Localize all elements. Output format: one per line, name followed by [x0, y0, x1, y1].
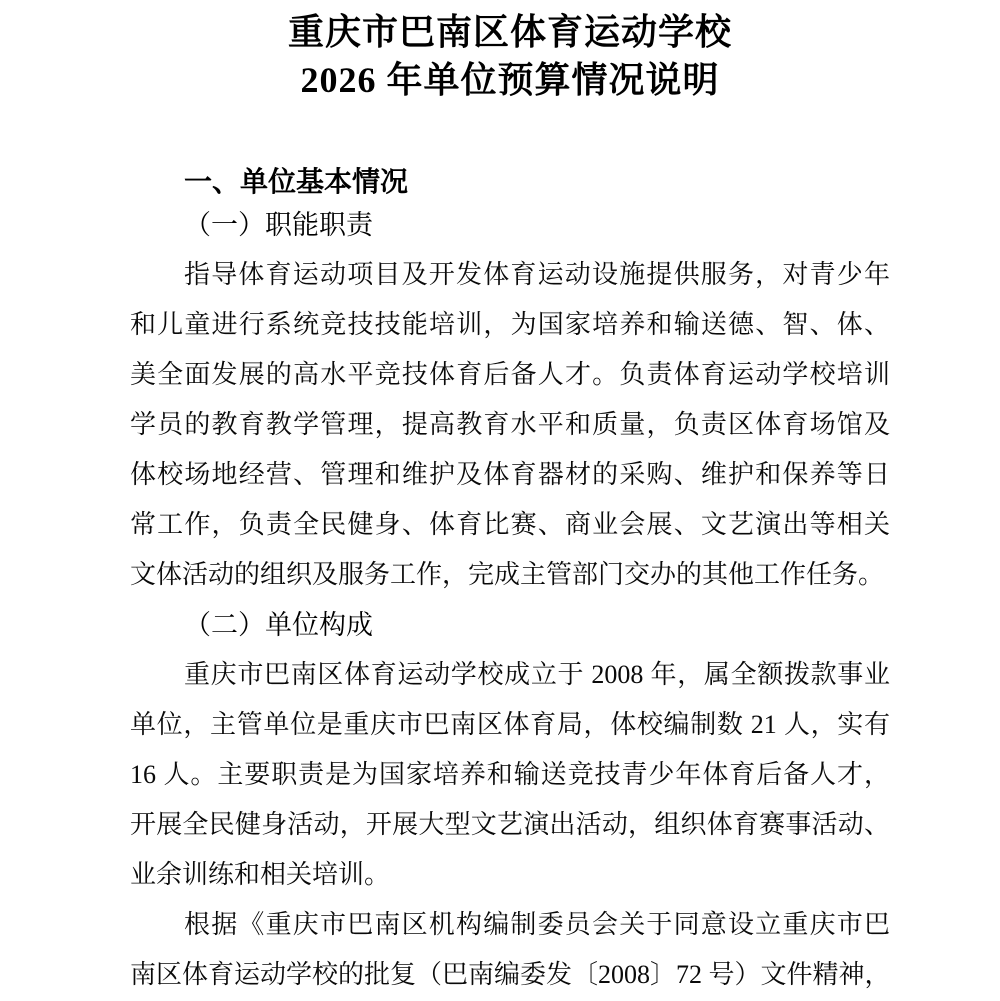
text-line: 指导体育运动项目及开发体育运动设施提供服务，对青少年 — [130, 250, 890, 300]
document-title-line-1: 重庆市巴南区体育运动学校 — [130, 8, 890, 56]
section-heading-1: 一、单位基本情况 — [130, 164, 890, 200]
paragraph-composition: 重庆市巴南区体育运动学校成立于 2008 年，属全额拨款事业 单位，主管单位是重… — [130, 650, 890, 900]
text-line: 和儿童进行系统竞技技能培训，为国家培养和输送德、智、体、 — [130, 300, 890, 350]
text-line: 南区体育运动学校的批复（巴南编委发〔2008〕72 号）文件精神， — [130, 950, 890, 1000]
text-line: 业余训练和相关培训。 — [130, 850, 890, 900]
paragraph-establishment: 根据《重庆市巴南区机构编制委员会关于同意设立重庆市巴 南区体育运动学校的批复（巴… — [130, 900, 890, 1000]
text-line: 16 人。主要职责是为国家培养和输送竞技青少年体育后备人才， — [130, 750, 890, 800]
subsection-heading-1: （一）职能职责 — [130, 200, 890, 250]
document-title: 重庆市巴南区体育运动学校 2026 年单位预算情况说明 — [130, 8, 890, 104]
text-line: 开展全民健身活动，开展大型文艺演出活动，组织体育赛事活动、 — [130, 800, 890, 850]
text-line: 学员的教育教学管理，提高教育水平和质量，负责区体育场馆及 — [130, 400, 890, 450]
subsection-heading-2: （二）单位构成 — [130, 600, 890, 650]
text-line: 根据《重庆市巴南区机构编制委员会关于同意设立重庆市巴 — [130, 900, 890, 950]
text-line: 单位，主管单位是重庆市巴南区体育局，体校编制数 21 人，实有 — [130, 700, 890, 750]
text-line: 美全面发展的高水平竞技体育后备人才。负责体育运动学校培训 — [130, 350, 890, 400]
text-line: 文体活动的组织及服务工作，完成主管部门交办的其他工作任务。 — [130, 550, 890, 600]
paragraph-functions: 指导体育运动项目及开发体育运动设施提供服务，对青少年 和儿童进行系统竞技技能培训… — [130, 250, 890, 600]
text-line: 常工作，负责全民健身、体育比赛、商业会展、文艺演出等相关 — [130, 500, 890, 550]
document-title-line-2: 2026 年单位预算情况说明 — [130, 56, 890, 104]
text-line: 体校场地经营、管理和维护及体育器材的采购、维护和保养等日 — [130, 450, 890, 500]
document-page: 重庆市巴南区体育运动学校 2026 年单位预算情况说明 一、单位基本情况 （一）… — [130, 0, 890, 1000]
text-line: 重庆市巴南区体育运动学校成立于 2008 年，属全额拨款事业 — [130, 650, 890, 700]
